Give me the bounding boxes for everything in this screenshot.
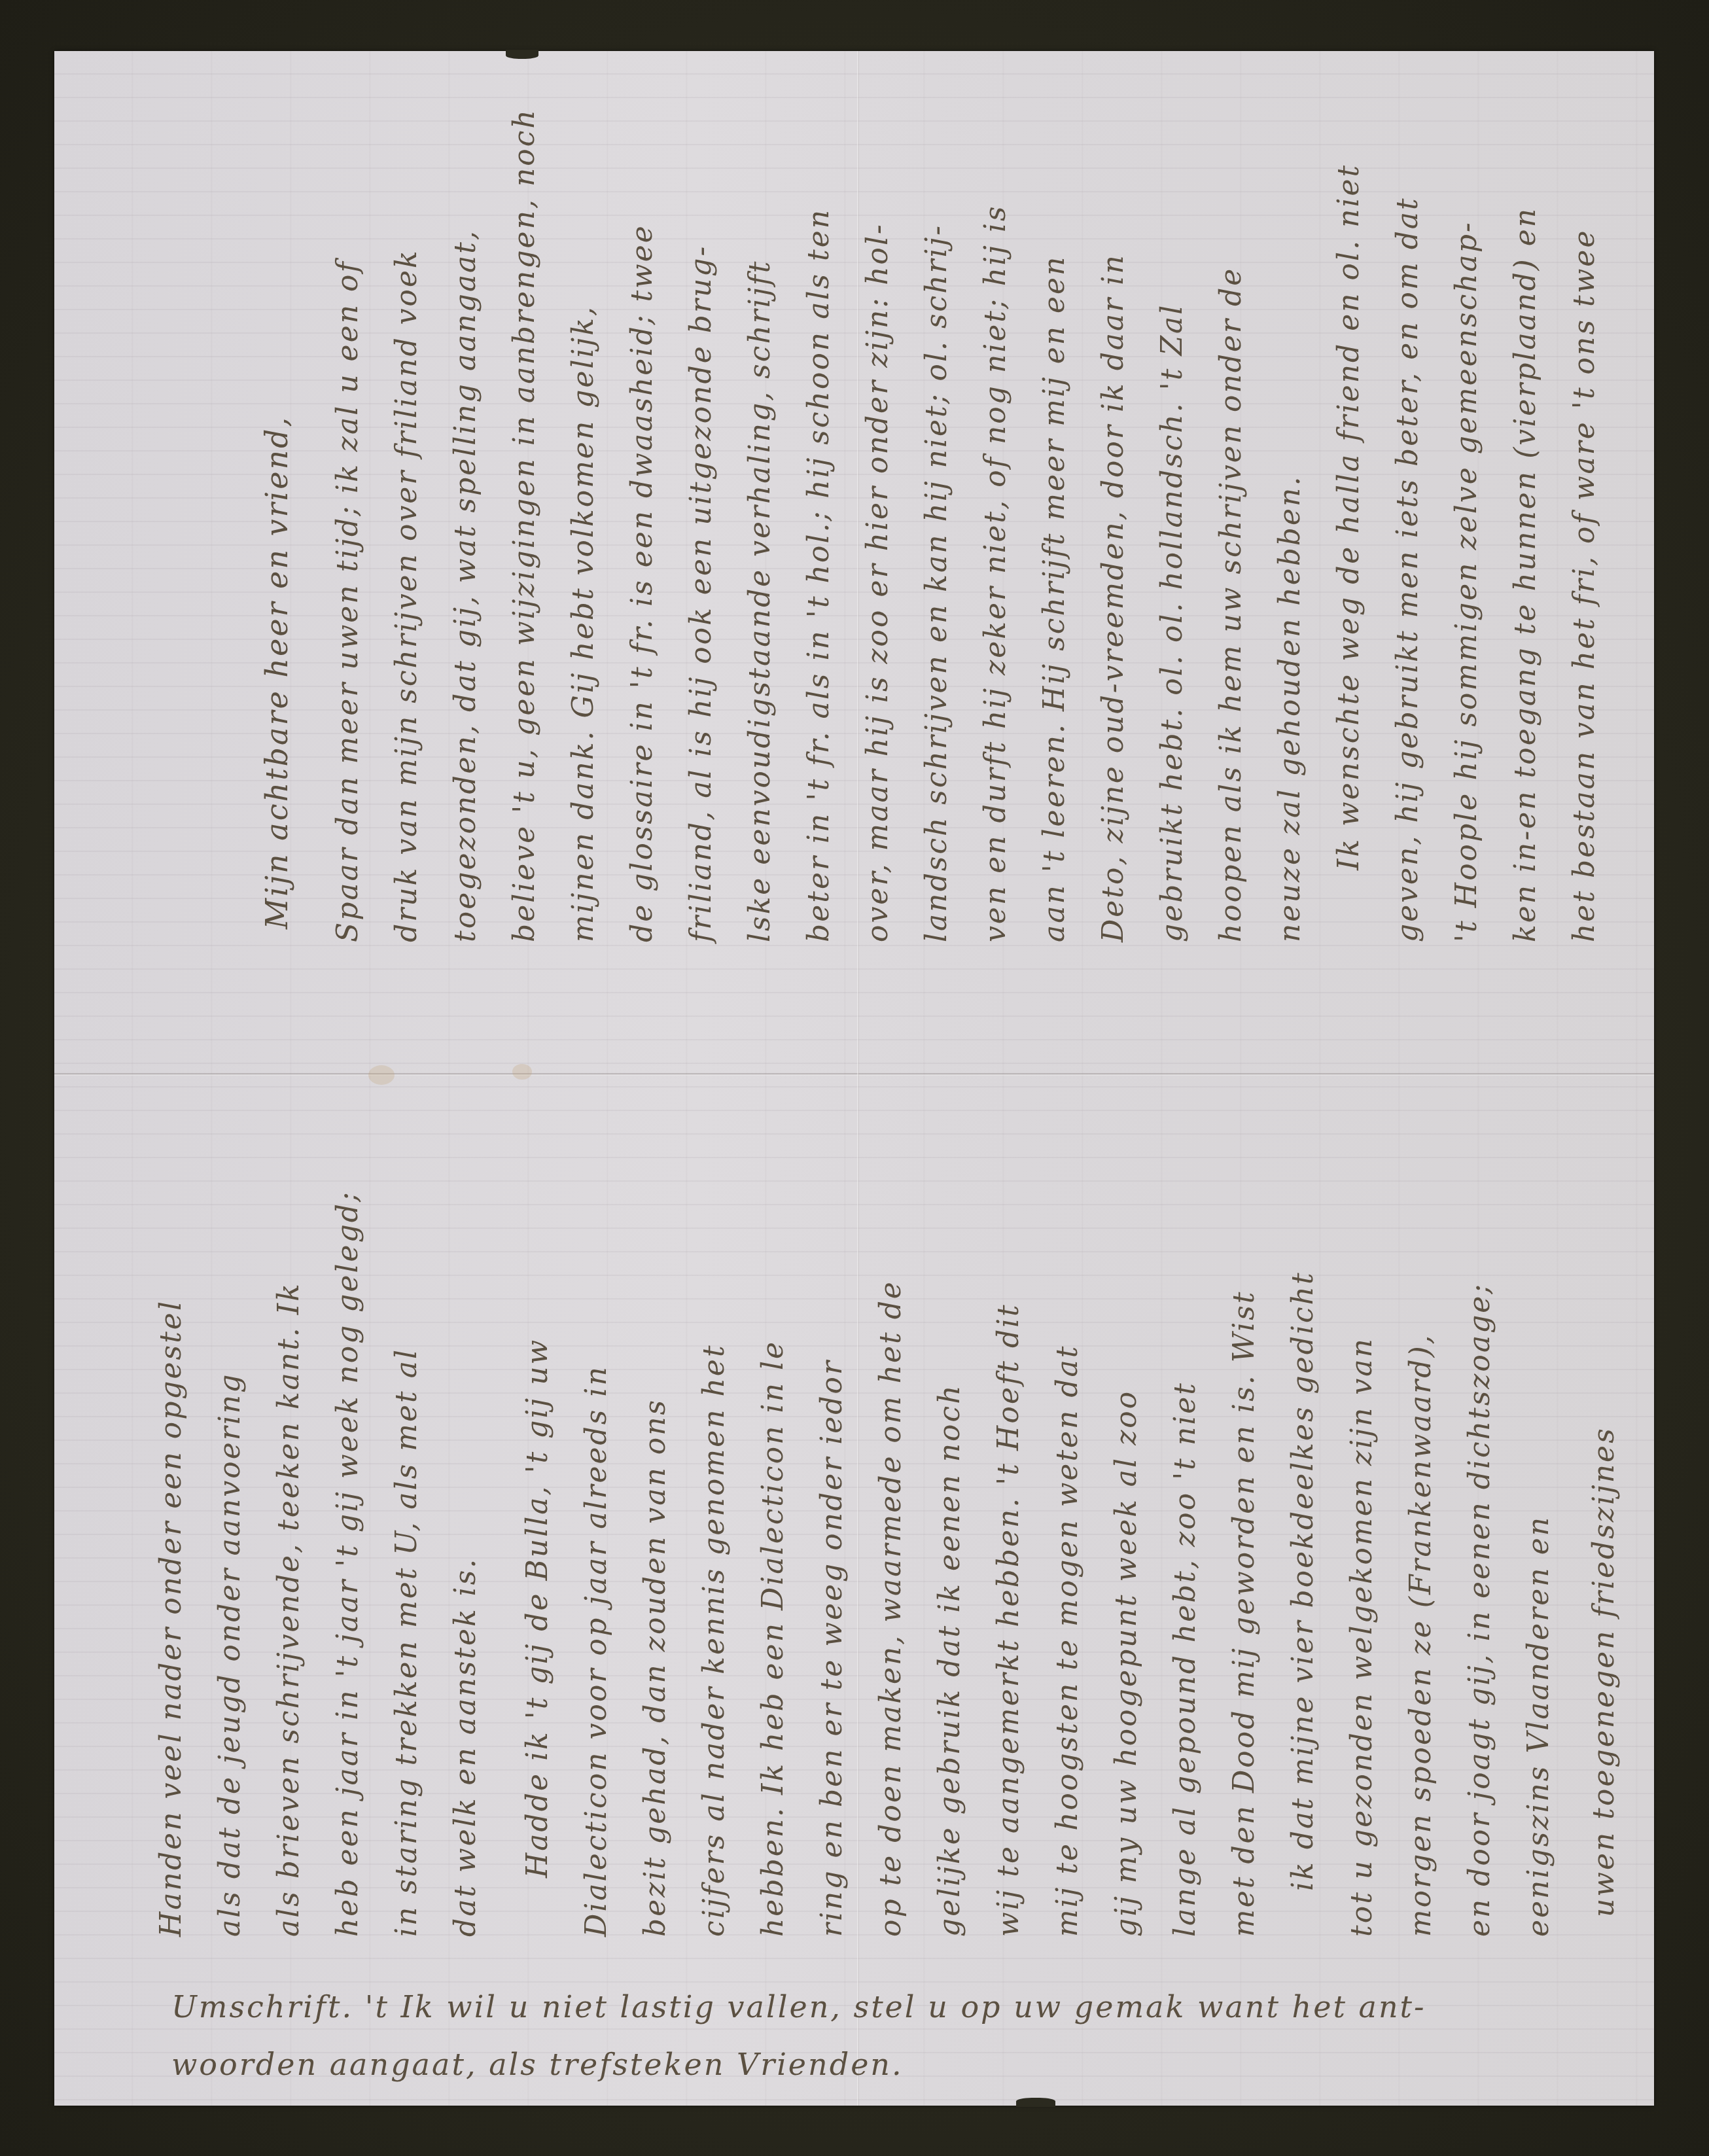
letter-line: tot u gezonden welgekomen zijn van bbox=[1348, 1337, 1377, 1937]
footer-line-1: Umschrift. 't Ik wil u niet lastig valle… bbox=[171, 1989, 1426, 2024]
letter-line: mij te hoogsten te mogen weten dat bbox=[1053, 1344, 1082, 1937]
letter-line: eenigszins Vlaanderen en bbox=[1524, 1515, 1553, 1937]
letter-line: druk van mijn schrijven over friliand vo… bbox=[393, 249, 421, 942]
letter-line: ik dat mijne vier boekdeelkes gedicht bbox=[1289, 1271, 1318, 1891]
letter-line: morgen spoeden ze (Frankenwaard), bbox=[1407, 1333, 1436, 1937]
letter-line: ken in-en toegang te hunnen (vierplaand)… bbox=[1511, 207, 1540, 942]
letter-line: lange al gepound hebt, zoo 't niet bbox=[1171, 1381, 1200, 1937]
letter-line: toegezonden, dat gij, wat spelling aanga… bbox=[451, 229, 480, 942]
letter-line: Hadde ik 't gij de Bulla, 't gij uw bbox=[523, 1338, 552, 1878]
letter-line: met den Dood mij geworden en is. Wist bbox=[1230, 1290, 1259, 1937]
letter-line: lske eenvoudigstaande verhaling, schrijf… bbox=[746, 260, 775, 943]
vertical-fold-crease bbox=[857, 51, 859, 2106]
letter-line: geven, hij gebruikt men iets beter, en o… bbox=[1394, 196, 1422, 942]
horizontal-fold-crease bbox=[54, 1073, 1654, 1076]
letter-line: hebben. Ik heb een Dialecticon in le bbox=[759, 1340, 788, 1937]
letter-line: gebruikt hebt. ol. ol. hollandsch. 't Za… bbox=[1158, 304, 1187, 942]
letter-line: ven en durft hij zeker niet, of nog niet… bbox=[981, 204, 1010, 942]
letter-line: in staring trekken met U, als met al bbox=[393, 1348, 421, 1937]
letter-line: neuze zal gehouden hebben. bbox=[1276, 475, 1305, 942]
letter-line: Ik wenschte weg de halla friend en ol. n… bbox=[1335, 164, 1364, 870]
paper-stain bbox=[368, 1065, 395, 1085]
letter-line: als dat de jeugd onder aanvoering bbox=[216, 1373, 245, 1937]
salutation: Mijn achtbare heer en vriend, bbox=[262, 415, 292, 929]
letter-line: heb een jaar in 't jaar 't gij week nog … bbox=[334, 1190, 362, 1937]
letter-line: dat welk en aanstek is. bbox=[451, 1557, 480, 1937]
letter-line: Spaar dan meer uwen tijd; ik zal u een o… bbox=[334, 260, 362, 942]
letter-line: uwen toegenegen friedszijnes bbox=[1590, 1426, 1619, 1917]
letter-line: Handen veel nader onder een opgestel bbox=[157, 1299, 186, 1937]
letter-line: 't Hoople hij sommigen zelve gemeenschap… bbox=[1453, 221, 1481, 942]
letter-line: gelijke gebruik dat ik eenen noch bbox=[936, 1383, 964, 1937]
letter-line: over, maar hij is zoo er hier onder zijn… bbox=[864, 222, 892, 942]
letter-line: als brieven schrijvende, teeken kant. Ik bbox=[275, 1282, 304, 1937]
letter-line: op te doen maken, waarmede om het de bbox=[877, 1280, 906, 1937]
letter-line: believe 't u, geen wijzigingen in aanbre… bbox=[510, 108, 539, 942]
letter-line: aan 't leeren. Hij schrijft meer mij en … bbox=[1040, 255, 1069, 942]
letter-line: het bestaan van het fri, of ware 't ons … bbox=[1570, 229, 1599, 942]
letter-line: Deto, zijne oud-vreemden, door ik daar i… bbox=[1099, 253, 1128, 942]
letter-line: ring en ben er te weeg onder iedor bbox=[818, 1359, 847, 1937]
paper-stain bbox=[512, 1064, 532, 1080]
letter-line: de glossaire in 't fr. is een dwaasheid;… bbox=[628, 224, 657, 942]
letter-line: hoopen als ik hem uw schrijven onder de bbox=[1217, 267, 1246, 942]
paper-tear-notch bbox=[506, 50, 538, 59]
letter-line: gij my uw hoogepunt week al zoo bbox=[1112, 1390, 1141, 1937]
letter-line: bezit gehad, dan zouden van ons bbox=[641, 1398, 670, 1937]
paper-tear-notch bbox=[1016, 2098, 1055, 2107]
letter-line: mijnen dank. Gij hebt volkomen gelijk, bbox=[569, 305, 598, 942]
letter-line: cijfers al nader kennis genomen het bbox=[700, 1343, 729, 1937]
letter-line: wij te aangemerkt hebben. 't Hoeft dit bbox=[995, 1303, 1023, 1937]
letter-line: friliand, al is hij ook een uitgezonde b… bbox=[687, 245, 716, 942]
letter-line: Dialecticon voor op jaar alreeds in bbox=[582, 1365, 611, 1937]
footer-line-2: woorden aangaat, als trefsteken Vrienden… bbox=[171, 2047, 904, 2082]
letter-line: en door joagt gij, in eenen dichtszoage; bbox=[1466, 1282, 1494, 1937]
letter-line: beter in 't fr. als in 't hol.; hij scho… bbox=[805, 208, 834, 942]
letter-line: landsch schrijven en kan hij niet; ol. s… bbox=[923, 224, 951, 942]
